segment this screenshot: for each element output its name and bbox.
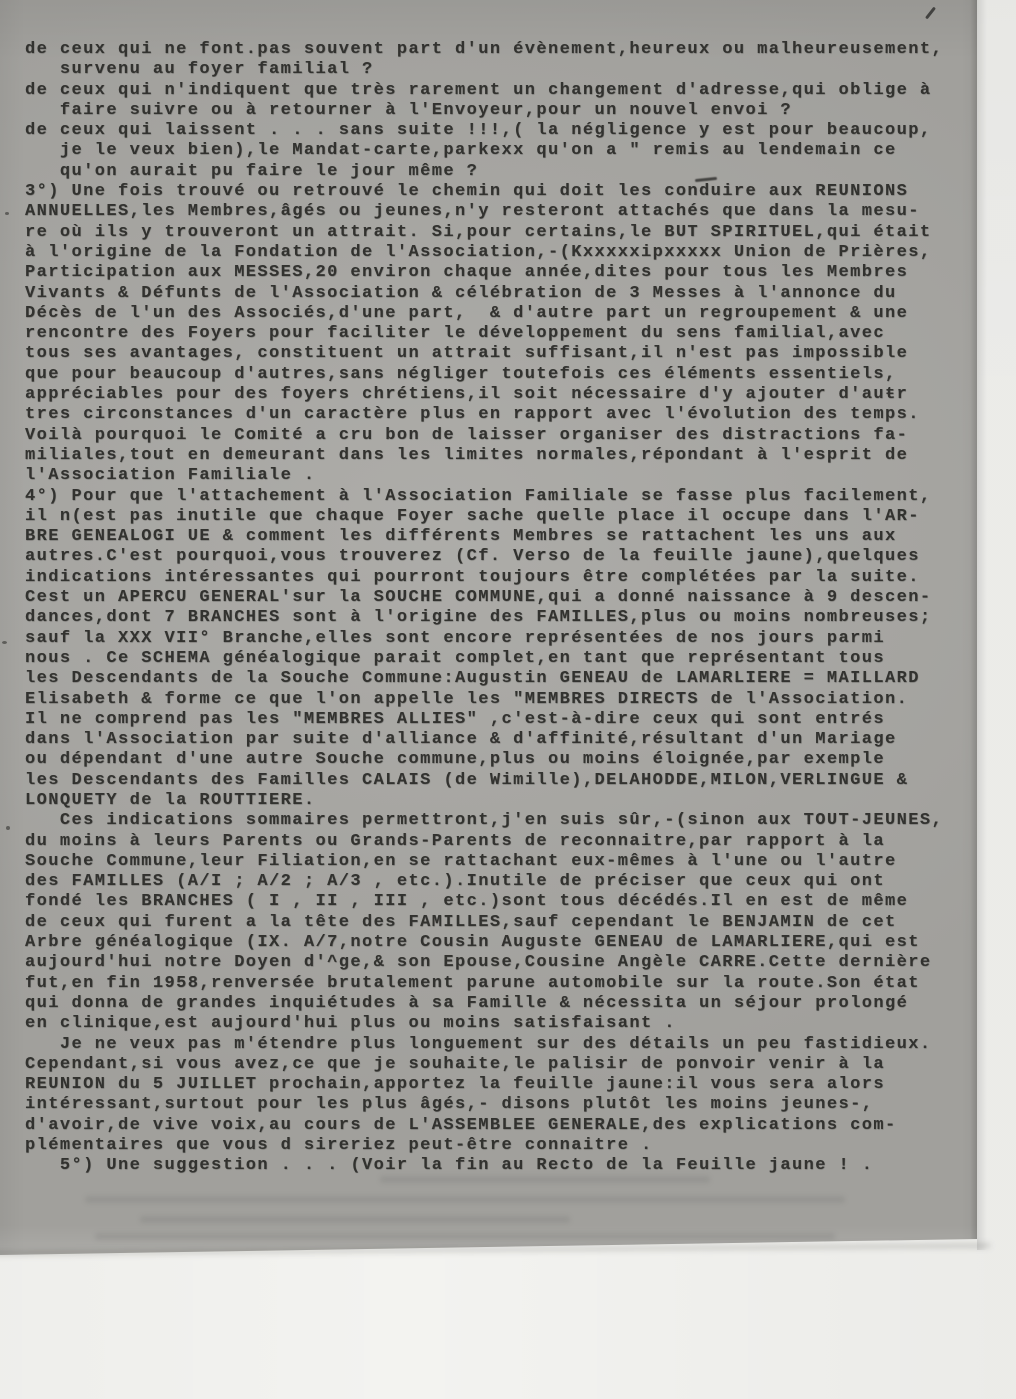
- paper-sheet: de ceux qui ne font.pas souvent part d'u…: [0, 0, 977, 1255]
- ink-bleed-ghost: [95, 1233, 835, 1240]
- typewritten-text: de ceux qui ne font.pas souvent part d'u…: [25, 40, 943, 1177]
- pen-mark: [925, 7, 936, 20]
- ink-speck: [5, 212, 9, 215]
- ink-bleed-ghost: [380, 1176, 710, 1183]
- ink-bleed-ghost: [140, 1216, 570, 1223]
- ink-speck: [6, 826, 10, 830]
- ink-speck: [2, 641, 7, 644]
- ink-bleed-ghost: [85, 1196, 845, 1203]
- paper-edge-shadow: [977, 0, 987, 1250]
